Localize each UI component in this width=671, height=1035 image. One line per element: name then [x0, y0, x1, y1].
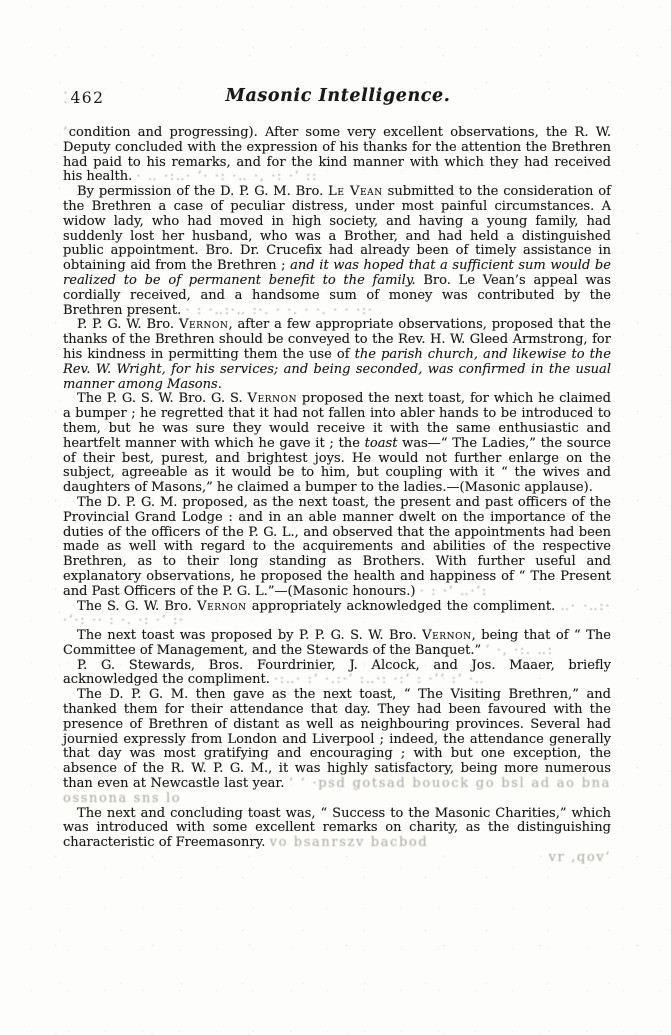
- text-segment: appropriately acknowledged the complimen…: [247, 599, 561, 614]
- running-title: Masonic Intelligence.: [63, 86, 613, 106]
- scan-noise-text: · : ·ʻ ‥·ʻ:: [420, 584, 488, 599]
- paragraph: The next and concluding toast was, “ Suc…: [63, 807, 611, 851]
- paragraph: The D. P. G. M. then gave as the next to…: [63, 688, 611, 806]
- paragraph: P. P. G. W. Bro. Vernon, after a few app…: [63, 318, 611, 392]
- page-number-value: 462: [70, 89, 104, 107]
- text-segment: toast: [365, 436, 398, 451]
- text-segment: The S. G. W. Bro.: [77, 599, 197, 614]
- text-segment: Vernon: [197, 599, 247, 614]
- paragraph: The S. G. W. Bro. Vernon appropriately a…: [63, 600, 611, 630]
- scan-noise-text: ʻ ·, ·:. ‥:: [485, 643, 553, 658]
- paragraph: The D. P. G. M. proposed, as the next to…: [63, 496, 611, 600]
- text-segment: Le Vean: [328, 184, 383, 199]
- text-segment: P. P. G. W. Bro.: [77, 317, 179, 332]
- text-segment: Vernon: [422, 628, 472, 643]
- scan-noise-text: ʻ: [63, 125, 69, 140]
- scan-noise-text: vo bsanrszv bacbod: [270, 835, 429, 850]
- text-segment: By permission of the D. P. G. M. Bro.: [77, 184, 328, 199]
- scanned-book-page: ⁚462 Masonic Intelligence. ʻcondition an…: [0, 0, 671, 1035]
- page-header: ⁚462 Masonic Intelligence.: [63, 86, 613, 110]
- page-body: ʻcondition and progressing). After some …: [63, 126, 611, 866]
- text-segment: The next toast was proposed by P. P. G. …: [77, 628, 422, 643]
- paragraph: The P. G. S. W. Bro. G. S. Vernon propos…: [63, 392, 611, 496]
- scan-noise-line: vr ‚qovʻ: [63, 851, 611, 866]
- scan-noise-text: · : ·‥:·‥ :·. · ·. · ·. · · ·:·: [185, 303, 373, 318]
- text-segment: Vernon: [179, 317, 229, 332]
- scan-noise-mark: ⁚: [63, 89, 69, 107]
- paragraph: The next toast was proposed by P. P. G. …: [63, 629, 611, 659]
- paragraph: P. G. Stewards, Bros. Fourdrinier, J. Al…: [63, 659, 611, 689]
- scan-noise-text: ·:‥· :ʻ ·.:·ʻ :‥·: ·:ʻ : ·ʻʻ :ʻ ·‥: [274, 672, 485, 687]
- paragraph: ʻcondition and progressing). After some …: [63, 126, 611, 185]
- scan-noise-text: vr ‚qovʻ: [549, 850, 611, 865]
- text-segment: The D. P. G. M. proposed, as the next to…: [63, 495, 611, 599]
- paragraph: By permission of the D. P. G. M. Bro. Le…: [63, 185, 611, 318]
- text-segment: Vernon: [248, 391, 298, 406]
- text-segment: The P. G. S. W. Bro. G. S.: [77, 391, 248, 406]
- scan-noise-text: · ‥ ·:‥· ʻ· ·: ·‥ ·, ·: ·ʻ ::: [136, 169, 318, 184]
- page-number: ⁚462: [63, 89, 105, 107]
